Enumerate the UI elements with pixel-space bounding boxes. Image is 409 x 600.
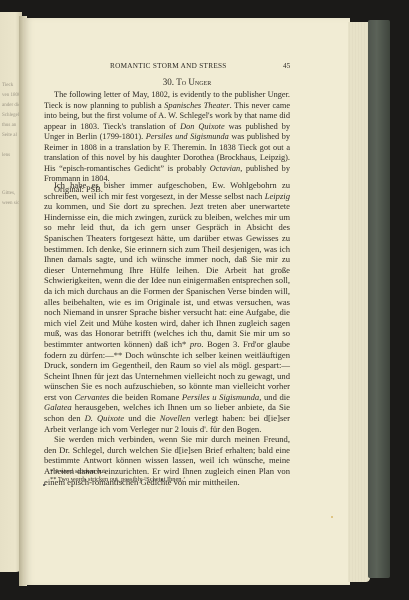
bleed-through-text: Tieck	[2, 82, 13, 89]
italic-text: Cervantes	[75, 392, 110, 402]
italic-title: Spanisches Theater	[164, 101, 229, 110]
bleed-through-text: ven 1800	[2, 92, 20, 99]
bleed-through-text: thus an	[2, 122, 16, 129]
italic-text: Leipzig	[265, 191, 290, 201]
italic-text: pro.	[190, 339, 204, 349]
bleed-through-text: Schlegel	[2, 112, 19, 119]
section-number: 30.	[163, 77, 174, 87]
section-title-to: To	[176, 77, 186, 87]
intro-text: The following letter of May, 1802, is ev…	[54, 90, 290, 99]
letter-text: , und die	[259, 392, 290, 402]
italic-title: Persiles und Sigismunda	[146, 132, 229, 141]
stray-ink-mark	[43, 484, 45, 486]
italic-text: Galatea	[44, 402, 72, 412]
stray-ink-dot	[331, 516, 333, 518]
letter-text: die beiden Romane	[109, 392, 182, 402]
page-fore-edge	[348, 22, 370, 582]
intro-paragraph: The following letter of May, 1802, is ev…	[44, 90, 290, 185]
letter-body: Ich habe es bisher immer aufgeschoben, E…	[44, 180, 290, 487]
running-head: ROMANTIC STORM AND STRESS	[110, 62, 290, 70]
intro-text: Tieck is now planning to publish a	[44, 101, 164, 110]
bleed-through-text: lens	[2, 152, 10, 159]
footnote-2: ** Two words stricken out, possibly ‘Sch…	[50, 476, 290, 484]
section-title-name: Unger	[188, 77, 211, 87]
italic-text: Persiles u Sigismunda	[182, 392, 259, 402]
letter-paragraph-1: Ich habe es bisher immer aufgeschoben, E…	[44, 180, 290, 434]
letter-text: und die	[124, 413, 160, 423]
footnote-1: * A word stricken out.	[50, 468, 290, 476]
italic-title: Octavian	[210, 164, 240, 173]
bleed-through-text: Gittes,	[2, 190, 15, 197]
bleed-through-text: ander die	[2, 102, 20, 109]
book-cover-edge	[368, 20, 390, 578]
bleed-through-text: Seite al	[2, 132, 17, 139]
section-title: 30. To Unger	[24, 77, 350, 87]
italic-text: D. Quixote	[85, 413, 125, 423]
italic-title: Don Quixote	[180, 122, 225, 131]
page-number: 45	[283, 62, 290, 70]
letter-text: Ich habe es bisher immer aufgeschoben, E…	[44, 180, 290, 201]
footnotes: * A word stricken out. ** Two words stri…	[50, 468, 290, 484]
letter-text: zu kommen, und Sie dort zu sprechen. Jez…	[44, 201, 290, 349]
italic-text: Novellen	[160, 413, 191, 423]
